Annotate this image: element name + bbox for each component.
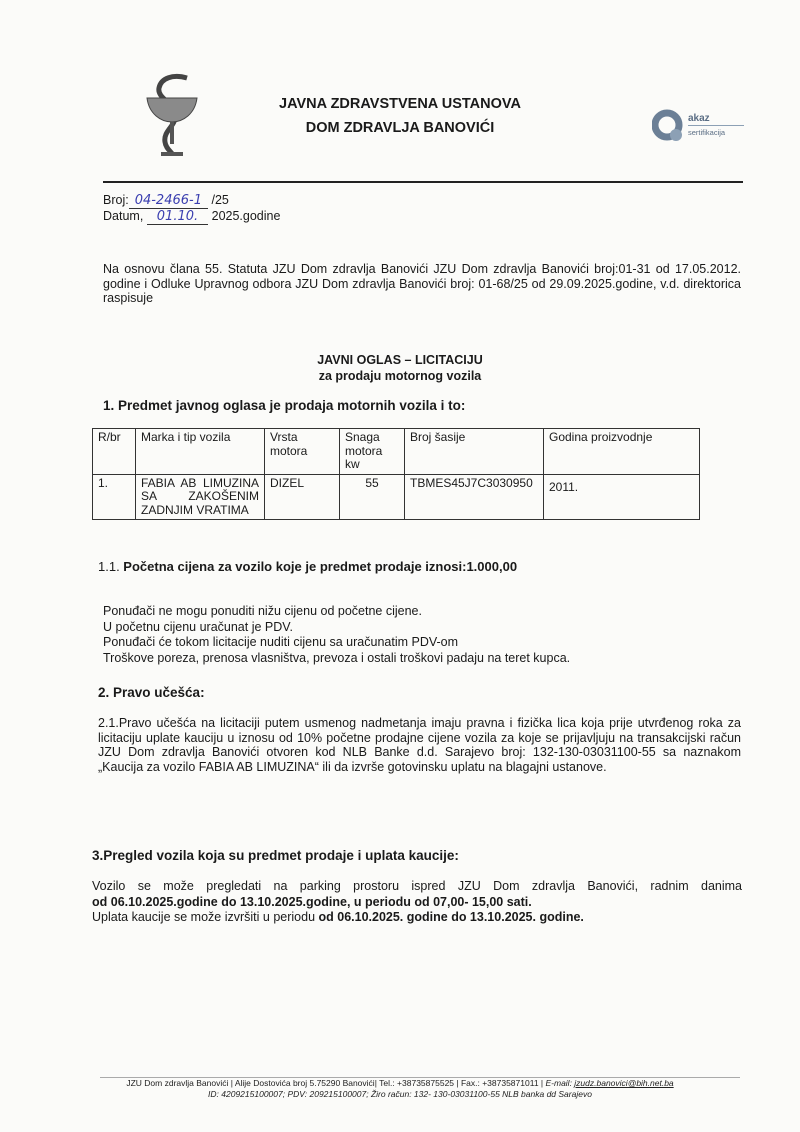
section2-body: 2.1.Pravo učešća na licitaciji putem usm… bbox=[98, 716, 741, 774]
cell-rbr: 1. bbox=[93, 474, 136, 520]
handwritten-date: 01.10. bbox=[147, 209, 208, 225]
col-year: Godina proizvodnje bbox=[544, 429, 700, 475]
footer-contact: JZU Dom zdravlja Banovići | Alije Dostov… bbox=[0, 1078, 800, 1089]
section2-heading: 2. Pravo učešća: bbox=[98, 685, 205, 700]
price-number: 1.1. bbox=[98, 559, 123, 574]
note-item: Ponuđači će tokom licitacije nuditi cije… bbox=[103, 635, 570, 651]
caduceus-icon bbox=[143, 72, 201, 160]
auction-notes: Ponuđači ne mogu ponuditi nižu cijenu od… bbox=[103, 604, 570, 666]
note-item: Ponuđači ne mogu ponuditi nižu cijenu od… bbox=[103, 604, 570, 620]
cell-chassis: TBMES45J7C3030950 bbox=[405, 474, 544, 520]
deposit-period: Uplata kaucije se može izvršiti u period… bbox=[92, 910, 742, 926]
date-label: Datum, bbox=[103, 209, 143, 223]
number-suffix: /25 bbox=[211, 193, 228, 207]
footer-ids: ID: 4209215100007; PDV: 209215100007; Ži… bbox=[0, 1089, 800, 1100]
cell-year: 2011. bbox=[544, 474, 700, 520]
col-chassis: Broj šasije bbox=[405, 429, 544, 475]
ad-title: JAVNI OGLAS – LICITACIJU bbox=[0, 352, 800, 368]
email-label: E-mail: bbox=[545, 1078, 574, 1088]
institution-logo bbox=[143, 72, 201, 165]
inspection-text: Vozilo se može pregledati na parking pro… bbox=[92, 879, 742, 895]
col-make-type: Marka i tip vozila bbox=[136, 429, 265, 475]
col-engine-power: Snaga motora kw bbox=[340, 429, 405, 475]
deposit-text: Uplata kaucije se može izvršiti u period… bbox=[92, 910, 319, 924]
section3-body: Vozilo se može pregledati na parking pro… bbox=[92, 879, 742, 926]
reference-date: Datum, 01.10. 2025.godine bbox=[103, 209, 280, 225]
intro-paragraph: Na osnovu člana 55. Statuta JZU Dom zdra… bbox=[103, 262, 741, 306]
table-header-row: R/br Marka i tip vozila Vrsta motora Sna… bbox=[93, 429, 700, 475]
table-row: 1. FABIA AB LIMUZINA SA ZAKOŠENIM ZADNJI… bbox=[93, 474, 700, 520]
cell-engine-power: 55 bbox=[340, 474, 405, 520]
col-rbr: R/br bbox=[93, 429, 136, 475]
sertifikacija-label: sertifikacija bbox=[688, 128, 725, 137]
inspection-period: od 06.10.2025.godine do 13.10.2025.godin… bbox=[92, 895, 742, 911]
price-text: Početna cijena za vozilo koje je predmet… bbox=[123, 559, 517, 574]
footer-address: JZU Dom zdravlja Banovići | Alije Dostov… bbox=[126, 1078, 545, 1088]
header-divider bbox=[103, 181, 743, 183]
col-engine-type: Vrsta motora bbox=[265, 429, 340, 475]
ad-subtitle: za prodaju motornog vozila bbox=[0, 368, 800, 384]
handwritten-number: 04-2466-1 bbox=[129, 193, 208, 209]
cell-engine-type: DIZEL bbox=[265, 474, 340, 520]
section1-heading: 1. Predmet javnog oglasa je prodaja moto… bbox=[103, 398, 465, 413]
cell-make-type: FABIA AB LIMUZINA SA ZAKOŠENIM ZADNJIM V… bbox=[136, 474, 265, 520]
note-item: U početnu cijenu uračunat je PDV. bbox=[103, 620, 570, 636]
section3-heading: 3.Pregled vozila koja su predmet prodaje… bbox=[92, 848, 459, 863]
reference-number: Broj:04-2466-1 /25 bbox=[103, 193, 229, 209]
email-link[interactable]: jzudz.banovici@bih.net.ba bbox=[574, 1078, 673, 1088]
number-label: Broj: bbox=[103, 193, 129, 207]
date-suffix: 2025.godine bbox=[212, 209, 281, 223]
deposit-dates: od 06.10.2025. godine do 13.10.2025. god… bbox=[319, 910, 584, 924]
akaz-label: akaz bbox=[688, 113, 710, 124]
note-item: Troškove poreza, prenosa vlasništva, pre… bbox=[103, 651, 570, 667]
vehicle-table: R/br Marka i tip vozila Vrsta motora Sna… bbox=[92, 428, 700, 520]
akaz-q-icon bbox=[652, 109, 684, 145]
starting-price: 1.1. Početna cijena za vozilo koje je pr… bbox=[98, 559, 517, 574]
